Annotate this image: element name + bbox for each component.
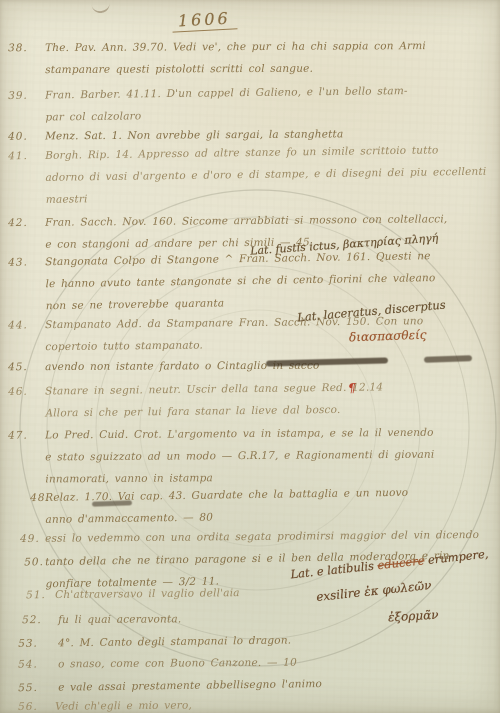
entry-number: 38. <box>8 37 28 59</box>
red-paragraph-mark: ¶ <box>348 381 356 395</box>
entry-number: 39. <box>8 85 28 107</box>
entry-text: Vedi ch'egli e mio vero, <box>55 695 192 713</box>
entry-number: 54. <box>18 653 38 675</box>
ink-blot-strikeout <box>424 355 472 363</box>
entry-line: Vedi ch'egli e mio vero, <box>55 695 192 713</box>
entry-number: 47. <box>8 425 28 447</box>
entry-number: 56. <box>18 696 38 713</box>
entry-text: Fran. Barber. 41.11. D'un cappel di Gali… <box>45 80 408 128</box>
entry-number: 53. <box>18 633 38 655</box>
entry-line: Ch'attraversavo il vaglio dell'aia <box>55 582 240 606</box>
entry-text: fu li quai aceravonta. <box>58 608 181 631</box>
entry-line: Fran. Sacch. Nov. 160. Siccome arrabbiat… <box>45 208 448 234</box>
entry-line: e stato sguizzato ad un modo — G.R.17, e… <box>45 444 434 469</box>
entry-text: 4°. M. Canto degli stampanai lo dragon. <box>58 629 291 654</box>
entry-text: Ch'attraversavo il vaglio dell'aia <box>55 582 240 606</box>
entry-number: 43. <box>8 251 28 273</box>
entry-line: avendo non istante fardato o Cintaglio i… <box>45 355 320 378</box>
entry-number: 42. <box>8 212 28 234</box>
entry-line: fu li quai aceravonta. <box>58 608 181 631</box>
greek-gloss-diaspastheis: διασπασθείς <box>349 328 427 345</box>
entry-number: 52. <box>22 609 42 631</box>
entry-text: Lo Pred. Cuid. Crot. L'argomento va in i… <box>45 422 435 491</box>
entry-text: The. Pav. Ann. 39.70. Vedi ve', che pur … <box>45 35 426 81</box>
entry-text: Borgh. Rip. 14. Appresso ad altre stanze… <box>45 139 487 211</box>
entry-text: o snaso, come con Buono Canzone. — 10 <box>58 652 297 676</box>
margin-scribble <box>91 1 110 14</box>
entry-line: Fran. Barber. 41.11. D'un cappel di Gali… <box>45 80 408 106</box>
entry-text: Stanare in segni. neutr. Uscir della tan… <box>45 376 384 424</box>
manuscript-entry: 38.The. Pav. Ann. 39.70. Vedi ve', che p… <box>0 35 500 38</box>
entry-line: Lo Pred. Cuid. Crot. L'argomento va in i… <box>45 422 434 447</box>
year-heading: 1606 <box>171 8 237 32</box>
entry-number: 46. <box>8 381 28 403</box>
entry-line: stampanare questi pistolotti scritti col… <box>45 57 426 81</box>
entry-number: 45. <box>8 356 28 378</box>
manuscript-page: 1606 38.The. Pav. Ann. 39.70. Vedi ve', … <box>0 0 500 713</box>
entry-number: 51. <box>26 584 46 606</box>
entry-number: 41. <box>8 145 28 167</box>
greek-gloss-exorman: ἐξορμᾶν <box>388 608 439 625</box>
entry-text: avendo non istante fardato o Cintaglio i… <box>45 355 320 378</box>
entry-line: o snaso, come con Buono Canzone. — 10 <box>58 652 297 676</box>
entry-number: 50. <box>24 551 44 573</box>
entry-line: 4°. M. Canto degli stampanai lo dragon. <box>58 629 291 654</box>
entry-number: 49. <box>20 528 40 550</box>
entry-line: The. Pav. Ann. 39.70. Vedi ve', che pur … <box>45 35 426 59</box>
entry-line: Allora si che per lui fara stanar la lie… <box>45 398 383 424</box>
entry-number: 44. <box>8 314 28 336</box>
